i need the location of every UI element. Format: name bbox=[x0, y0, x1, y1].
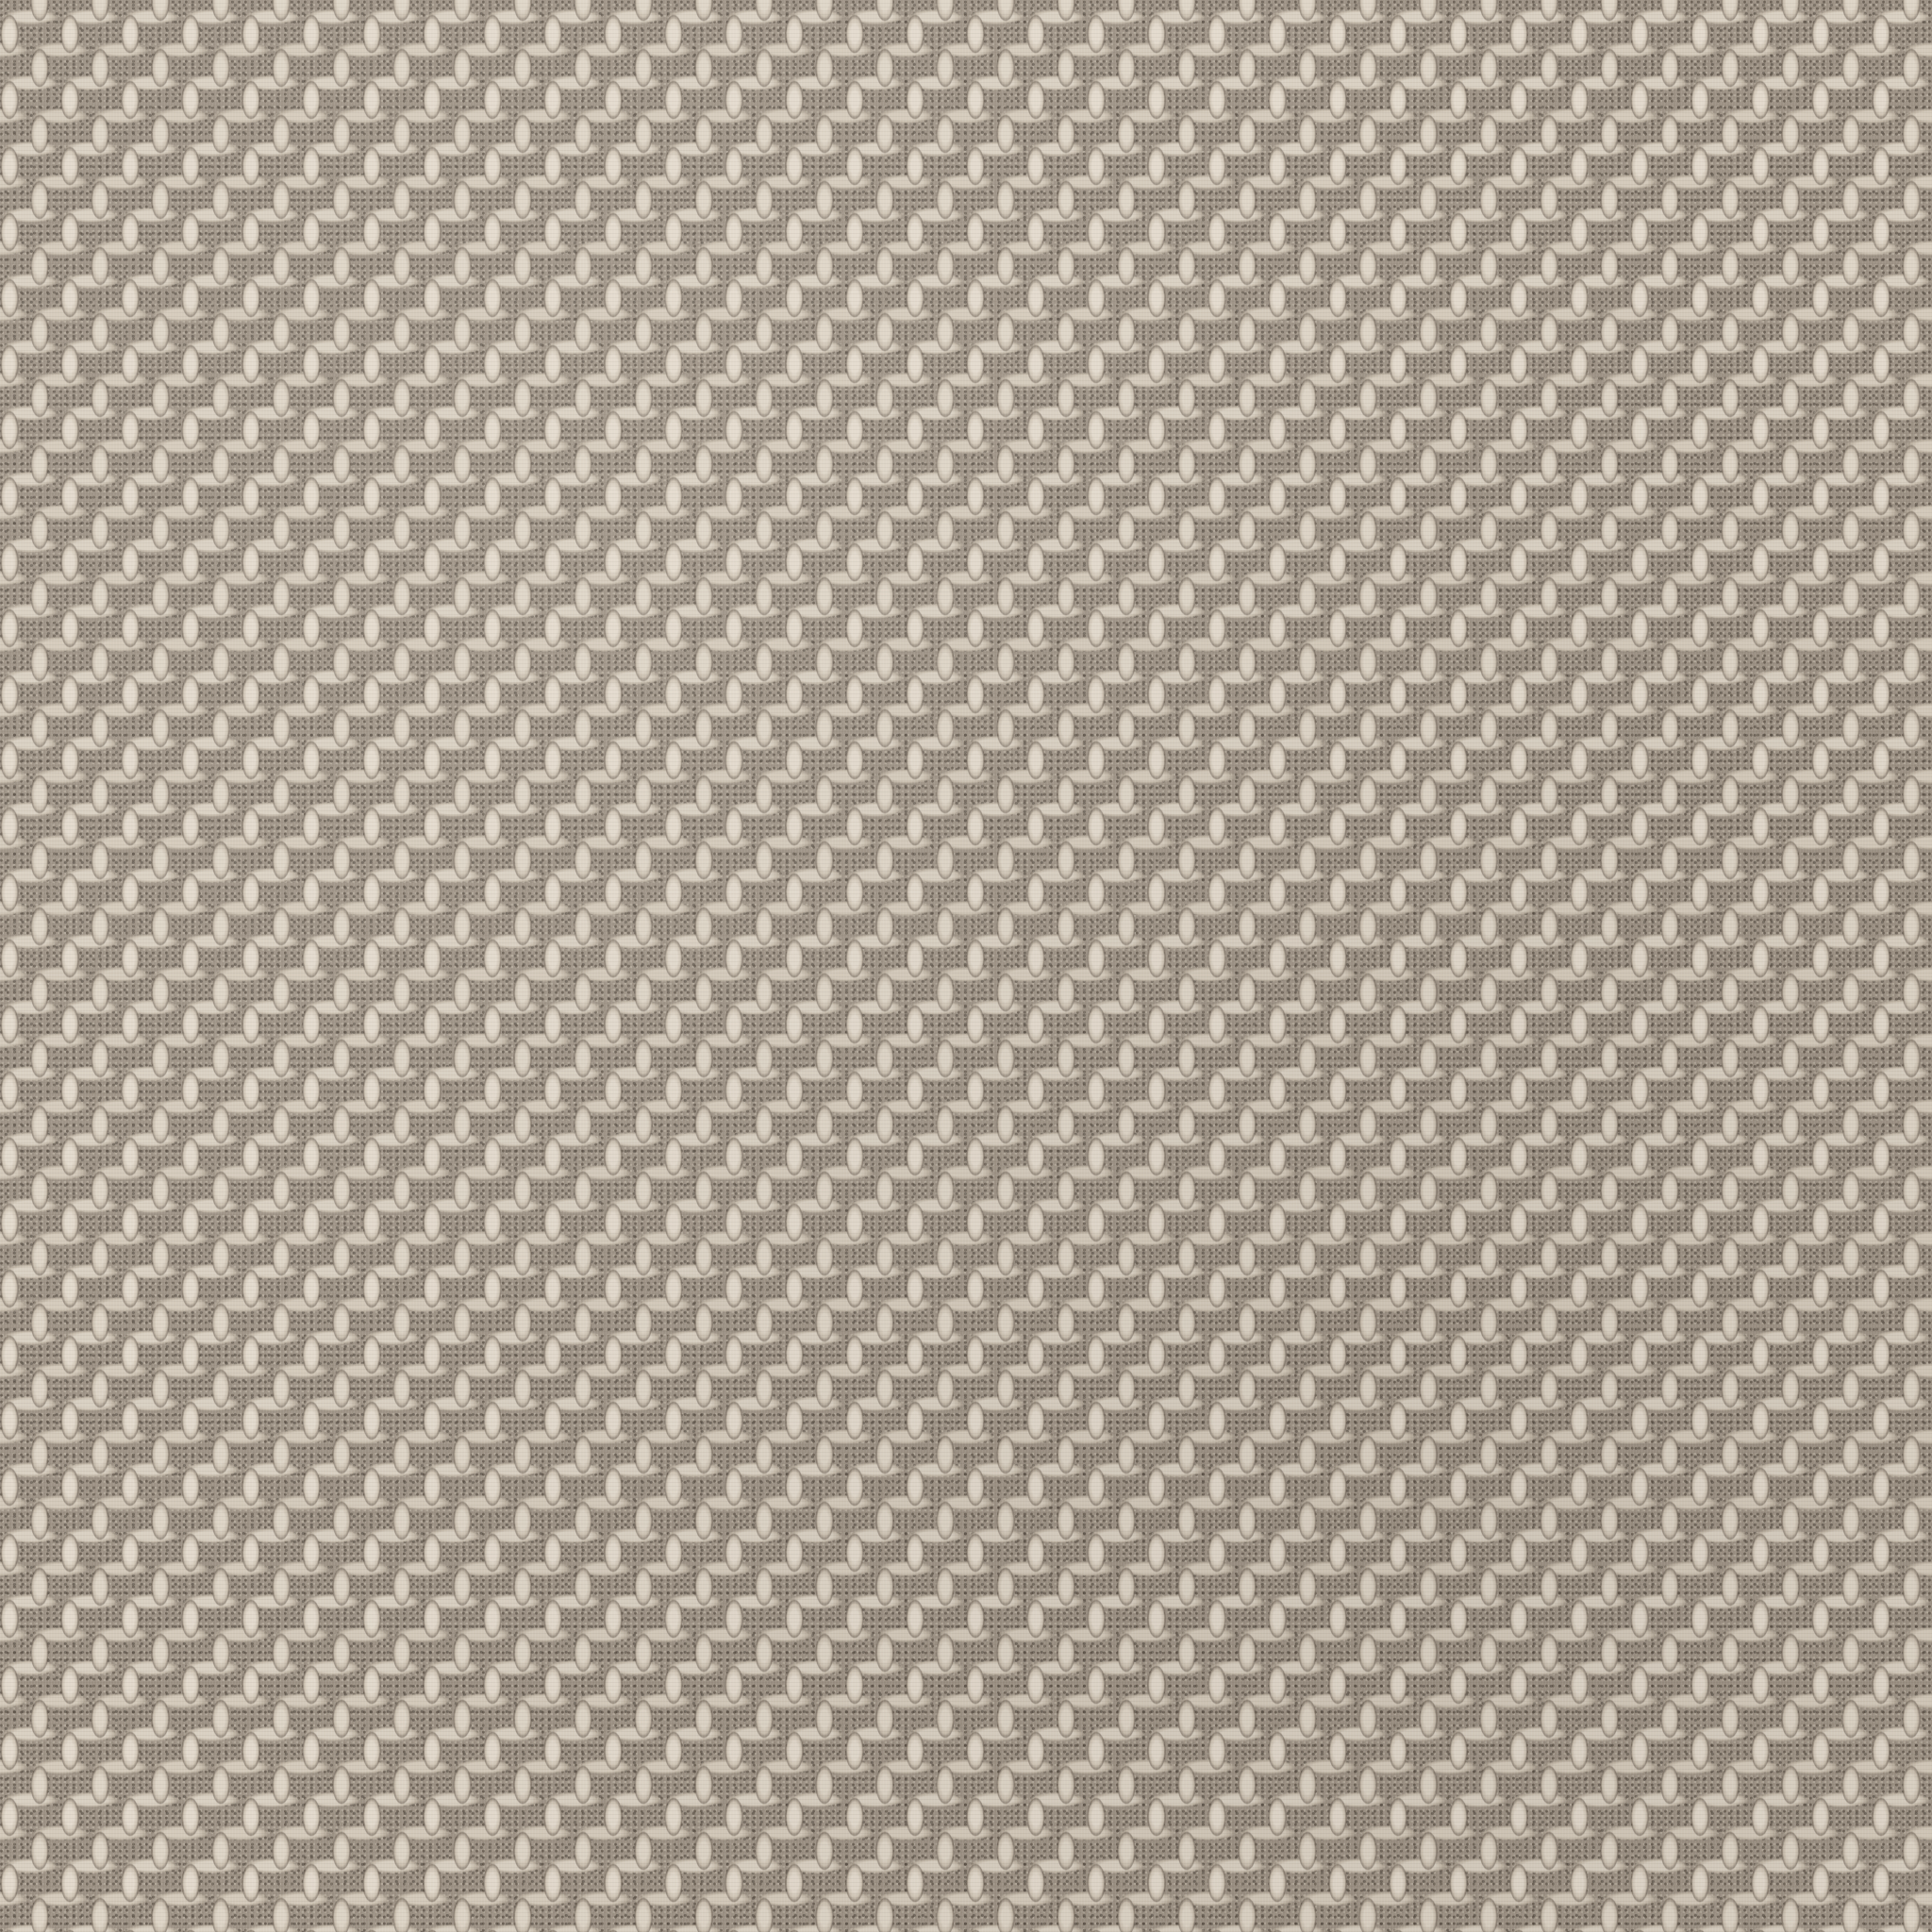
woven-fabric-texture bbox=[0, 0, 1932, 1932]
lighting-shade bbox=[0, 0, 1932, 1932]
